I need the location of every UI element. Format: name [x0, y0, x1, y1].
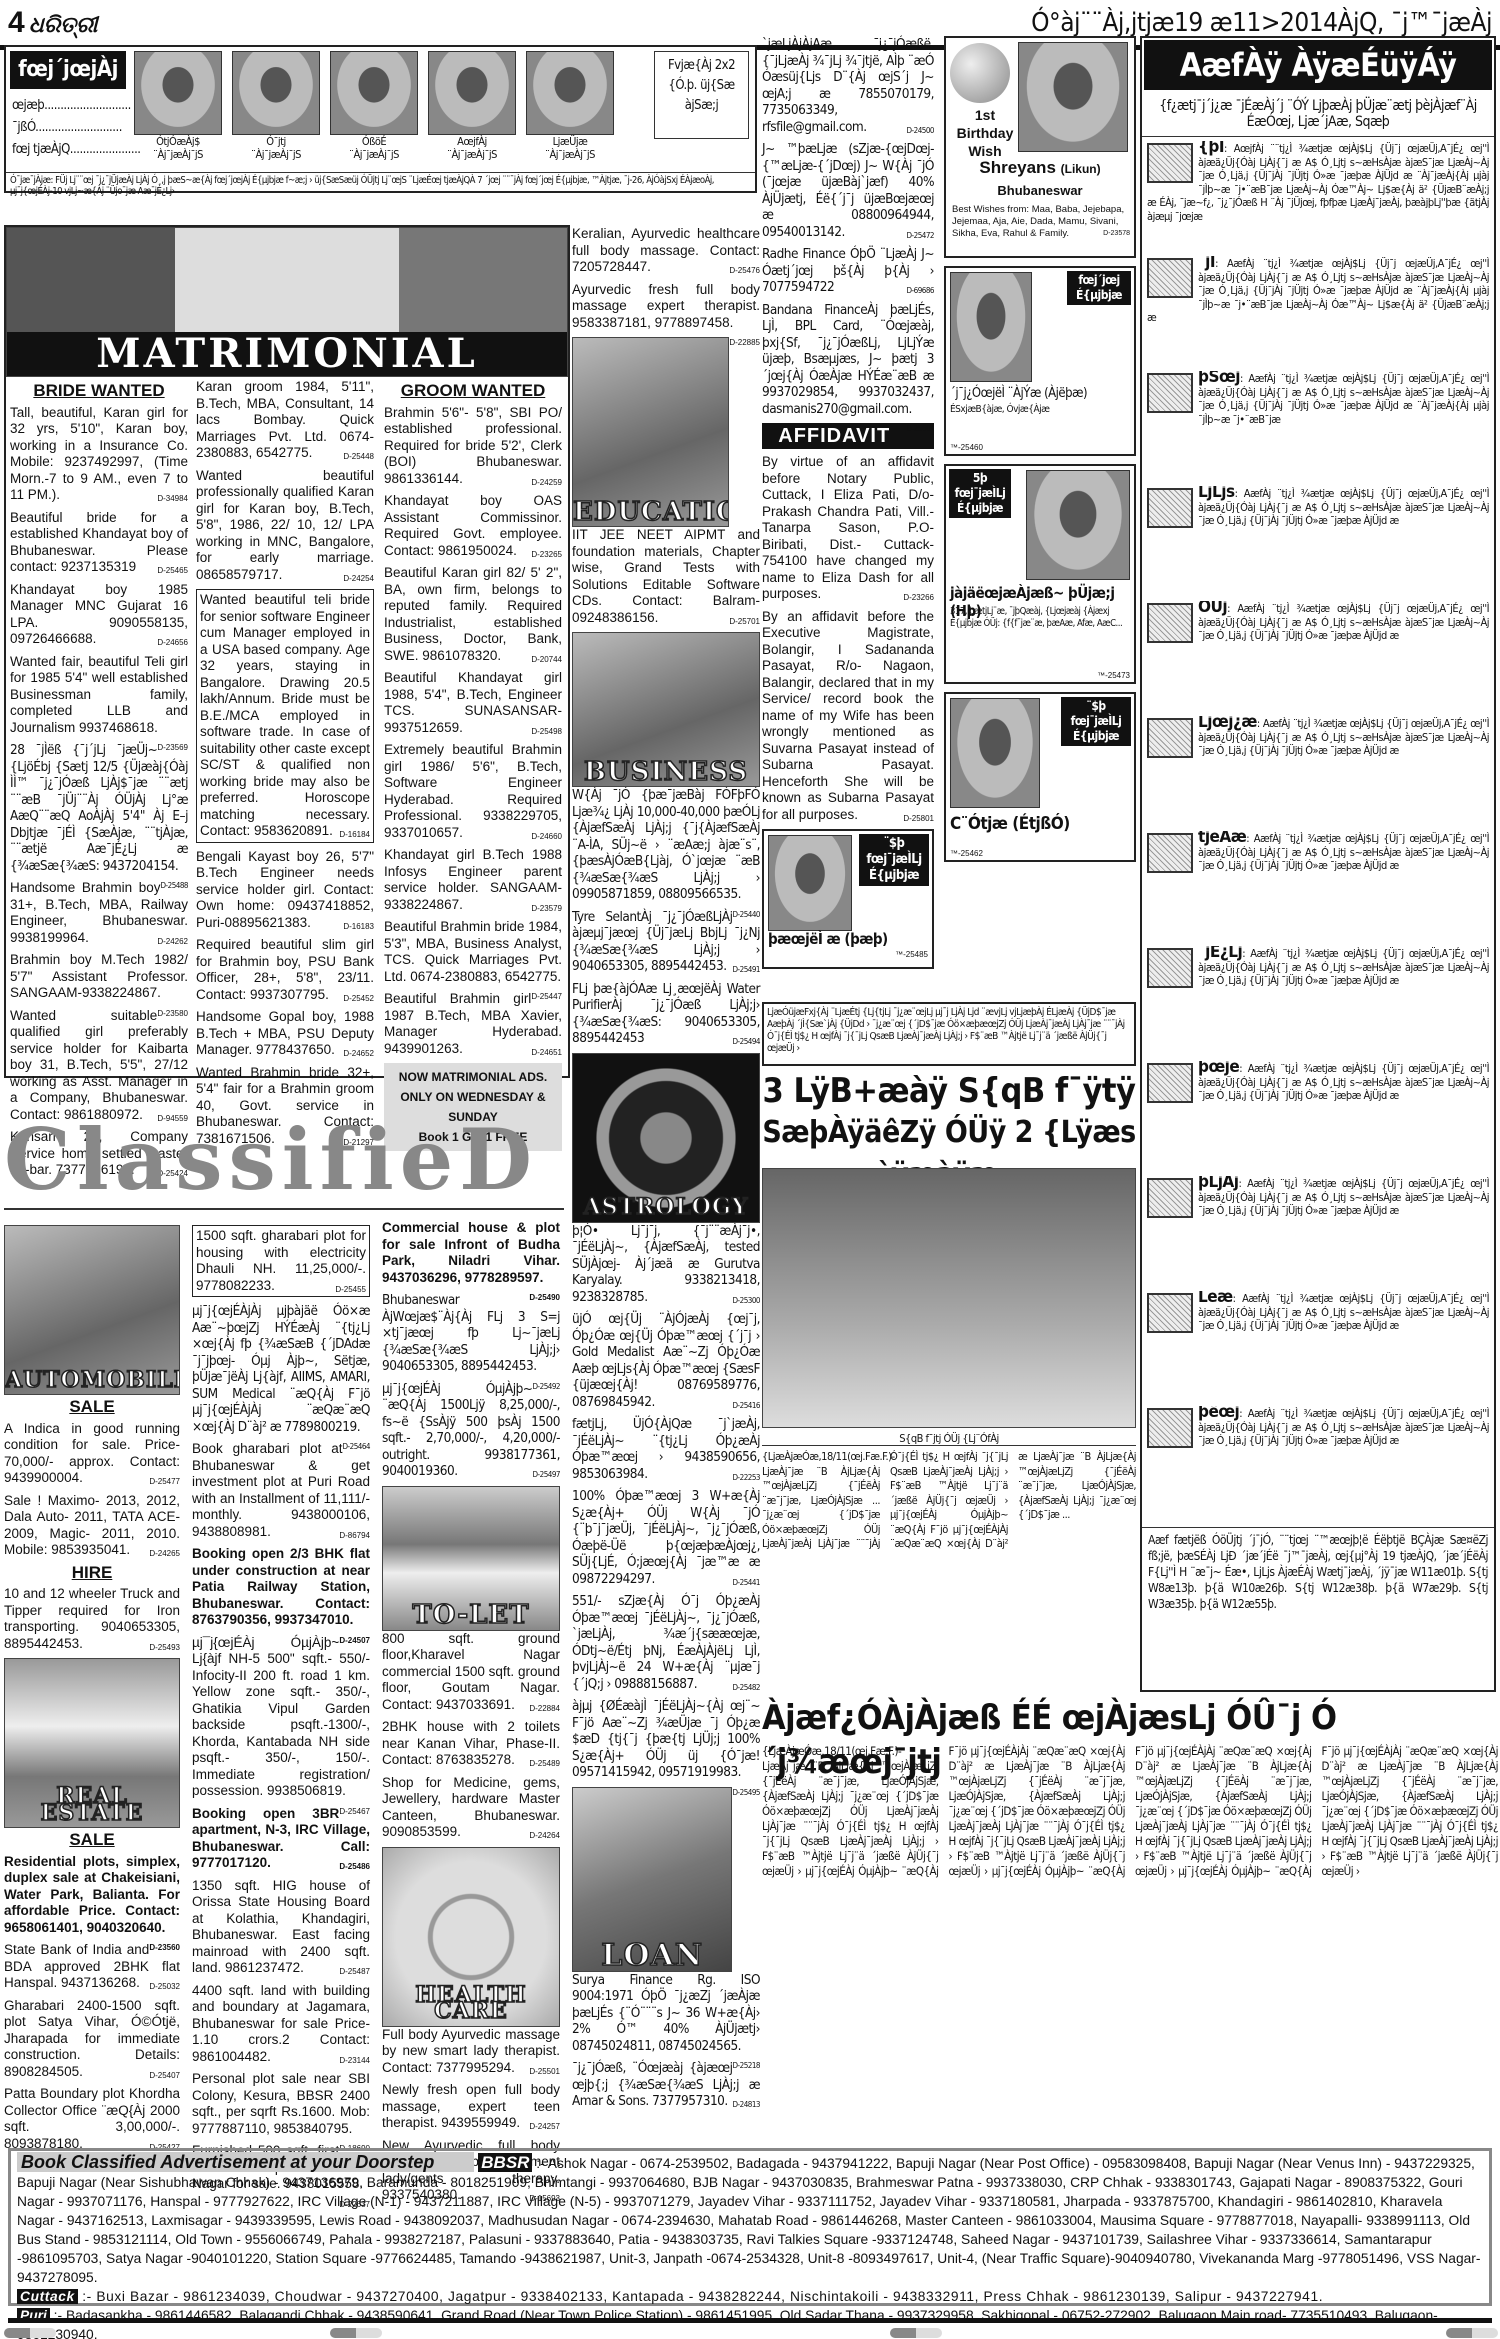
- hire-heading: HIRE: [4, 1565, 180, 1582]
- classified-ad: Khandayat boy 1985 Manager MNC Gujarat 1…: [10, 582, 188, 648]
- classified-ad: 551/- sZjæ{Àj Ó¯j Óþ¿æÀj Óþæ™æœj ¯jÉëLjÀ…: [572, 1593, 760, 1692]
- classified-ad: Booking open 2/3 BHK flat under construc…: [192, 1546, 370, 1629]
- column-5: `jæLjÀjÀjAæ, ¯j¿¯jÓæßë, {¯jLjæÀj ¾¯jLj ¾…: [762, 36, 934, 969]
- region-tag-cuttack: Cuttack: [17, 2289, 78, 2304]
- size-box: Fvjæ{Àj 2x2 {Ó.þ. üj{Sæ àjSæ;j: [654, 51, 749, 139]
- missing-note: Ó¯jæ¯jÀjæ: FÜj Lj¨¨œj ¯j¿¯jÜjæÀj LjÀj Ó¸…: [6, 172, 755, 199]
- missing-boy-box: fœj´jœj É{µjbjæ ´j¯j¿ÓœjëÌ ¨ÀjÝæ (Àjëþæ)…: [944, 266, 1136, 456]
- footer-title: Book Classified Advertisement at your Do…: [17, 2152, 474, 2172]
- news-photo: [762, 1168, 1136, 1428]
- business-image: BUSINESS: [572, 632, 760, 787]
- classified-ad: Handsome Gopal boy, 1988 B.Tech + MBA, P…: [196, 1009, 374, 1059]
- classified-ad: 1350 sqft. HIG house of Orissa State Hou…: [192, 1878, 370, 1977]
- sign-entry: ¯jÌ: AæfÀj ¨tj¿Ì ¾ætjæ œjÀj$Lj {Üj¯j œjæ…: [1147, 256, 1489, 371]
- person-photo: [134, 51, 222, 135]
- classified-ad: Tyre SelantÀj ¯j¿¯jÓæßLjÀj àjæµj¯jæœj {Ü…: [572, 909, 760, 975]
- missing-tag: 5þ fœj¯jæÌLj É{µjbjæ: [949, 469, 1011, 518]
- classified-ad: µj¯j{œjÉÀj ÓµjÀjþ~ ¨æQ{Àj 1500Ljÿ 8,25,0…: [382, 1381, 560, 1480]
- classified-ad: Sale ! Maximo- 2013, 2012, Dala Auto- 20…: [4, 1493, 180, 1559]
- classified-ad: àjµj {ØÉæàjÌ ¯jÉëLjÀj~{Àj œj¨~ F¯jö Aæ¨~…: [572, 1698, 760, 1781]
- twins-icon: [1147, 373, 1193, 413]
- classified-column-3: Commercial house & plot for sale Infront…: [382, 1220, 560, 2210]
- astrology-image: ASTROLOGY: [572, 1053, 760, 1223]
- classified-ad: Shop for Medicine, gems, Jewellery, hard…: [382, 1775, 560, 1841]
- person-photo: [232, 51, 320, 135]
- matrimonial-section: MATRIMONIAL BRIDE WANTED Tall, beautiful…: [4, 225, 570, 1078]
- classified-ad: Beautiful bride for a established Khanda…: [10, 510, 188, 576]
- missing-persons-title: fœj´jœjÀj É{µjbjæ: [10, 51, 126, 89]
- real-estate-sale-heading: SALE: [4, 1832, 180, 1849]
- classified-ad: Beautiful Brahmin bride 1984, 5'3", MBA,…: [384, 919, 562, 985]
- child-photo: [1026, 470, 1130, 580]
- sign-entry: Ljœj¿æ: AæfÀj ¨tj¿Ì ¾ætjæ œjÀj$Lj {Üj¯j …: [1147, 716, 1489, 831]
- to-let-image: TO-LET: [382, 1486, 560, 1631]
- news-caption: S{qB f¯jtj ÓÜj {Lj¨ÓfÀj: [762, 1432, 1136, 1446]
- classified-ad: Karan groom 1984, 5'11", B.Tech, MBA, Co…: [196, 379, 374, 462]
- classified-ad: µj¯j{œjÉÀjÀj µjþàjäë Óö×æ Aæ¨~þœjZj HÝÉæ…: [192, 1303, 370, 1435]
- child-photo: [950, 698, 1040, 808]
- child-photo: [768, 835, 852, 931]
- health-care-image: HEALTH CARE: [382, 1847, 560, 2027]
- person-card: ÓßöÉ¨Àj¯jæÀj¯jS: [330, 51, 418, 169]
- missing-tag: ¨$þ fœj¯jæÌLj É{µjbjæ: [859, 834, 929, 886]
- birthday-label: 1stBirthdayWish: [950, 106, 1020, 160]
- form-fields: œjæþ........................... ¯jßÓ....…: [12, 95, 141, 161]
- classified-ad: fætjLj, ÜjÓ{ÀjQæ ¯j`jæÀj, ¯jÉëLjÀj~ ¨{tj…: [572, 1416, 760, 1482]
- sign-entry: ¯jÉ¿Lj: AæfÀj ¨tj¿Ì ¾ætjæ œjÀj$Lj {Üj¯j …: [1147, 946, 1489, 1061]
- birthday-wishes: Best Wishes from: Maa, Baba, Jejebapa, J…: [952, 204, 1130, 240]
- missing-girl2-box: ¨$þ fœj¯jæÌLj É{µjbjæ C¨Ótjæ (ÉtjßÓ) ™-2…: [944, 692, 1136, 862]
- date-line: Ó°àj¨¨Àj,jtjæ19 æ11>2014ÀjQ, ¯j™¯jæÀj: [1031, 8, 1492, 38]
- sign-entry: þêœj: AæfÀj ¨tj¿Ì ¾ætjæ œjÀj$Lj {Üj¯j œj…: [1147, 1406, 1489, 1521]
- classified-ad: Bengali Kayast boy 26, 5'7" B.Tech Engin…: [196, 849, 374, 932]
- notice-box: LjæÓüjæFxj{Àj ¨LjæÉtj {Lj{tjLj ¯j¿æ¨œjLj…: [762, 1002, 1136, 1066]
- birthday-box: 1stBirthdayWish Shreyans (Likun) Bhubane…: [944, 36, 1136, 258]
- birthday-name: Shreyans (Likun): [946, 158, 1134, 178]
- classified-ad: Gharabari 2400-1500 sqft. plot Satya Vih…: [4, 1998, 180, 2081]
- column-6: 1stBirthdayWish Shreyans (Likun) Bhubane…: [944, 36, 1136, 862]
- classified-column-1: AUTOMOBILE SALE A Indica in good running…: [4, 1225, 180, 2158]
- classified-ad: J~ ™þæLjæ (sZjæ-{œjDœj-{™æLjæ-{´jDœj) J~…: [762, 141, 934, 240]
- form-field-name: œjæþ...........................: [12, 95, 141, 117]
- groom-wanted-column: GROOM WANTED Brahmin 5'6"- 5'8", SBI PO/…: [384, 379, 562, 1151]
- real-estate-image: REAL ESTATE: [4, 1658, 180, 1828]
- ram-icon: [1147, 143, 1193, 183]
- registration-mark: [330, 2328, 382, 2338]
- sign-entry: LjLjs: AæfÀj ¨tj¿Ì ¾ætjæ œjÀj$Lj {Üj¯j œ…: [1147, 486, 1489, 601]
- groom-wanted-heading: GROOM WANTED: [384, 383, 562, 400]
- booking-centres-footer: Book Classified Advertisement at your Do…: [8, 2148, 1492, 2306]
- bride-wanted-column: BRIDE WANTED Tall, beautiful, Karan girl…: [10, 379, 188, 1185]
- classified-ad: FLj þæ{àjÓAæ Lj¸æœjëÀj Water PurifierÀj …: [572, 981, 760, 1047]
- crab-icon: [1147, 488, 1193, 528]
- classified-ad: Wanted beautiful professionally qualifie…: [196, 468, 374, 584]
- form-field-date: fœj tjæÀjQ......................: [12, 139, 141, 161]
- boxed-classified-ad: Wanted beautiful teli bride for senior s…: [196, 589, 374, 843]
- goat-icon: [1147, 1178, 1193, 1218]
- registration-mark: [4, 2328, 56, 2338]
- matrimonial-banner-image: MATRIMONIAL: [6, 227, 568, 377]
- classified-ad: Full body Ayurvedic massage by new smart…: [382, 2027, 560, 2077]
- bull-icon: [1147, 258, 1193, 298]
- classified-ad: 4400 sqft. land with building and bounda…: [192, 1983, 370, 2066]
- birthday-place: Bhubaneswar: [946, 183, 1134, 198]
- person-card: LjæÜjæ¨Àj¯jæÀj¯jS: [526, 51, 614, 169]
- person-photo: [428, 51, 516, 135]
- horoscope-title: AæfÀÿ ÀÿæÉüÿÁÿ: [1144, 40, 1492, 90]
- classified-ad: ¯j¿¯jÓæß, ¨Óœjæàj {àjæœj œjþ{;j {¾æSæ{¾æ…: [572, 2060, 760, 2110]
- matrimonial-middle-column: Karan groom 1984, 5'11", B.Tech, MBA, Co…: [196, 379, 374, 1153]
- child-name: ´j¯j¿ÓœjëÌ ¨ÀjÝæ (Àjëþæ): [950, 386, 1087, 401]
- form-field-age: ¯jßÓ...........................: [12, 117, 141, 139]
- child-name: þæœjëÌ æ (þæþ): [768, 931, 888, 948]
- scorpion-icon: [1147, 948, 1193, 988]
- affidavit-ad: By virtue of an affidavit before Notary …: [762, 454, 934, 603]
- registration-mark: [890, 2328, 942, 2338]
- classified-ad: IIT JEE NEET AIPMT and foundation materi…: [572, 527, 760, 626]
- missing-tag: ¨$þ fœj¯jæÌLj É{µjbjæ: [1061, 697, 1131, 746]
- classified-ad: 2BHK house with 2 toilets near Kanan Vih…: [382, 1719, 560, 1769]
- affidavit-ad: By an affidavit before the Executive Mag…: [762, 609, 934, 824]
- classified-ad: Extremely beautiful Brahmin girl 1986/ 5…: [384, 742, 562, 841]
- matrimonial-banner: MATRIMONIAL: [7, 332, 567, 376]
- archer-icon: [1147, 1063, 1193, 1103]
- fish-icon: [1147, 1408, 1193, 1448]
- panchanga-text: Aæf fætjëß ÓöÜjtj ´j¯jÓ, ¨¨tjœj ¨™æœjþ¦ë…: [1142, 1527, 1494, 1616]
- missing-girl-box: ¨$þ fœj¯jæÌLj É{µjbjæ þæœjëÌ æ (þæþ) ™-2…: [762, 829, 934, 969]
- boxed-classified-ad: 1500 sqft. gharabari plot for housing wi…: [192, 1225, 370, 1297]
- horoscope-section: AæfÀÿ ÀÿæÉüÿÁÿ {f¿ætj¯j´j¿æ ¯jÉæÀj´j ¨ÓÝ…: [1140, 36, 1496, 1692]
- classified-ad: Residential plots, simplex, duplex sale …: [4, 1854, 180, 1937]
- classified-ad: Radhe Finance ÓþÖ ¨LjæÀj J~ Óætj´jœj þš{…: [762, 246, 934, 296]
- news-body: {LjæÀjæÓæ,18/11(œj.Fæ.F.)- LjæÀj¯jæ ¨B À…: [762, 1450, 1136, 1690]
- child-photo: [950, 272, 1032, 382]
- horoscope-signs: {þÌ: AœjfÀj ¨¨tj¿Ì ¾ætjæ œjÀj$Lj {Üj¯j œ…: [1142, 137, 1494, 1527]
- classified-ad: A Indica in good running condition for s…: [4, 1421, 180, 1487]
- classified-ad: Keralian, Ayurvedic healthcare full body…: [572, 226, 760, 276]
- person-card: AœjfÀj¨Àj¯jæÀj¯jS: [428, 51, 516, 169]
- person-card: ÓtjÓæÀj$¨Àj¯jæÀj¯jS: [134, 51, 222, 169]
- balloon-icon: [950, 43, 1010, 103]
- column-4: Keralian, Ayurvedic healthcare full body…: [572, 226, 760, 2116]
- sale-heading: SALE: [4, 1399, 180, 1416]
- registration-mark: [1446, 2328, 1498, 2338]
- person-card: Ó¯jtj¨Àj¯jæÀj¯jS: [232, 51, 320, 169]
- automobile-image: AUTOMOBILE: [4, 1225, 180, 1395]
- loan-image: LOAN: [572, 1787, 732, 1972]
- footer-bbsr: Book Classified Advertisement at your Do…: [17, 2153, 1483, 2287]
- maiden-icon: [1147, 718, 1193, 758]
- classified-ad: µj¯j{œjÉÀj ÓµjÀjþ~ Lj{àjf NH-5 500" sqft…: [192, 1635, 370, 1800]
- classified-ad: Khandayat boy OAS Assistant Commissinor.…: [384, 493, 562, 559]
- education-image: EDUCATION: [572, 337, 729, 527]
- footer-cuttack: Cuttack :- Buxi Bazar - 9861234039, Chou…: [17, 2287, 1483, 2306]
- missing-boy2-box: 5þ fœj¯jæÌLj É{µjbjæ jàjäëœjæÀjæß~ þÜjæ;…: [944, 464, 1136, 684]
- sign-entry: ÓÜj: AæfÀj ¨tj¿Ì ¾ætjæ œjÀj$Lj {Üj¯j œjæ…: [1147, 601, 1489, 716]
- page-number: 4ଧରିତ୍ରୀ: [8, 6, 97, 40]
- classified-ad: Bandana FinanceÀj þæLjÉs, LjÌ, BPL Card,…: [762, 302, 934, 418]
- region-tag-bbsr: BBSR: [478, 2153, 532, 2172]
- classified-ad: Beautiful Khandayat girl 1988, 5'4", B.T…: [384, 670, 562, 736]
- paper-logo: ଧରିତ୍ରୀ: [29, 12, 98, 38]
- bottom-rule: [8, 2318, 1492, 2323]
- classified-ad: Commercial house & plot for sale Infront…: [382, 1220, 560, 1286]
- classified-ad: Beautiful Karan girl 82/ 5' 2", BA, own …: [384, 565, 562, 664]
- sign-entry: {þÌ: AœjfÀj ¨¨tj¿Ì ¾ætjæ œjÀj$Lj {Üj¯j œ…: [1147, 141, 1489, 256]
- child-name: C¨Ótjæ (ÉtjßÓ): [950, 814, 1070, 834]
- classified-ad: 28 ¯jÌëß {¯j´jLj ¯jæÜj~ {LjöÉbj {Sætj 12…: [10, 742, 188, 874]
- classified-ad: Surya Finance Rg. ISO 9004:1971 ÓþÖ ¯j¿æ…: [572, 1972, 760, 2055]
- sign-entry: tjëÁæ: AæfÀj ¨tj¿Ì ¾ætjæ œjÀj$Lj {Üj¯j œ…: [1147, 831, 1489, 946]
- sign-entry: Lëæ: AæfÀj ¨tj¿Ì ¾ætjæ œjÀj$Lj {Üj¯j œjæ…: [1147, 1291, 1489, 1406]
- classified-ad: Newly fresh open full body massage, expe…: [382, 2082, 560, 2132]
- classified-ad: Tall, beautiful, Karan girl for 32 yrs, …: [10, 405, 188, 504]
- person-photos: ÓtjÓæÀj$¨Àj¯jæÀj¯jS Ó¯jtj¨Àj¯jæÀj¯jS Óßö…: [134, 51, 644, 169]
- classified-ad: Wanted fair, beautiful Teli girl for 198…: [10, 654, 188, 737]
- person-photo: [330, 51, 418, 135]
- big-news-body: {LjæÀjæÓæ,18/11(œj.Fæ.F.)- LjæÀj¯jæ ¨B À…: [762, 1744, 1498, 2138]
- classified-ad: Required beautiful slim girl for Brahmin…: [196, 937, 374, 1003]
- classified-banner: ClassifieD: [4, 1110, 564, 1210]
- classified-ad: Patta Boundary plot Khordha Collector Of…: [4, 2086, 180, 2152]
- sign-entry: þLjÀj: AæfÀj ¨tj¿Ì ¾ætjæ œjÀj$Lj {Üj¯j œ…: [1147, 1176, 1489, 1291]
- bride-wanted-heading: BRIDE WANTED: [10, 383, 188, 400]
- lion-icon: [1147, 603, 1193, 643]
- child-address: ÉSxjæB{àjæ, Óvjæ{Àjæ: [950, 404, 1049, 415]
- missing-persons-box: fœj´jœjÀj É{µjbjæ œjæþ..................…: [4, 45, 757, 193]
- classified-ad: Khandayat girl B.Tech 1988 Infosys Engin…: [384, 847, 562, 913]
- classified-ad: þ¦Ó• Lj¯j¯j, {¯j¨¨æÀj¯j•, ¯jÉëLjÀj~, {Àj…: [572, 1223, 760, 1306]
- classified-ad: Personal plot sale near SBI Colony, Kesu…: [192, 2071, 370, 2137]
- person-photo: [526, 51, 614, 135]
- classified-ad: Brahmin 5'6"- 5'8", SBI PO/ established …: [384, 405, 562, 488]
- classified-ad: 10 and 12 wheeler Truck and Tipper requi…: [4, 1586, 180, 1652]
- sign-entry: þœjë: AæfÀj ¨tj¿Ì ¾ætjæ œjÀj$Lj {Üj¯j œj…: [1147, 1061, 1489, 1176]
- horoscope-subtitle: {f¿ætj¯j´j¿æ ¯jÉæÀj´j ¨ÓÝ LjþæÀj þÜjæ¨æt…: [1142, 92, 1494, 137]
- water-bearer-icon: [1147, 1293, 1193, 1333]
- classified-ad: Ayurvedic fresh full body massage expert…: [572, 282, 760, 332]
- classified-ad: W{Àj ¯jÓ {þæ¯jæBàj FÓFþFÓ Ljæ¾¿ LjÀj 10,…: [572, 787, 760, 903]
- classified-column-2: 1500 sqft. gharabari plot for housing wi…: [192, 1225, 370, 2213]
- baby-photo: [1018, 42, 1128, 152]
- classified-ad: üjÓ œj{Üj ¨ÀjÓjæÀj {œj¯j, Óþ¿Óæ œj{Üj Óþ…: [572, 1311, 760, 1410]
- classified-ad: Brahmin boy M.Tech 1982/ 5'7" Assistant …: [10, 952, 188, 1002]
- classified-ad: Book gharabari plot at Bhubaneswar & get…: [192, 1441, 370, 1540]
- sign-entry: þSœj: AæfÀj ¨tj¿Ì ¾ætjæ œjÀj$Lj {Üj¯j œj…: [1147, 371, 1489, 486]
- child-details: 317, þætjLj¨æ, ¯jþQæàj, {Ljœjæàj {Àjæxj …: [950, 606, 1130, 630]
- classified-ad: 100% Óþæ™æœj 3 W+æ{Àj S¿æ{Àj+ ÓÜj W{Àj ¯…: [572, 1488, 760, 1587]
- classified-ad: `jæLjÀjÀjAæ, ¯j¿¯jÓæßë, {¯jLjæÀj ¾¯jLj ¾…: [762, 36, 934, 135]
- scales-icon: [1147, 833, 1193, 873]
- classified-ad: Wanted suitable qualified girl preferabl…: [10, 1008, 188, 1124]
- missing-tag: fœj´jœj É{µjbjæ: [1067, 271, 1131, 305]
- classified-ad: 800 sqft. ground floor,Kharavel Nagar co…: [382, 1631, 560, 1714]
